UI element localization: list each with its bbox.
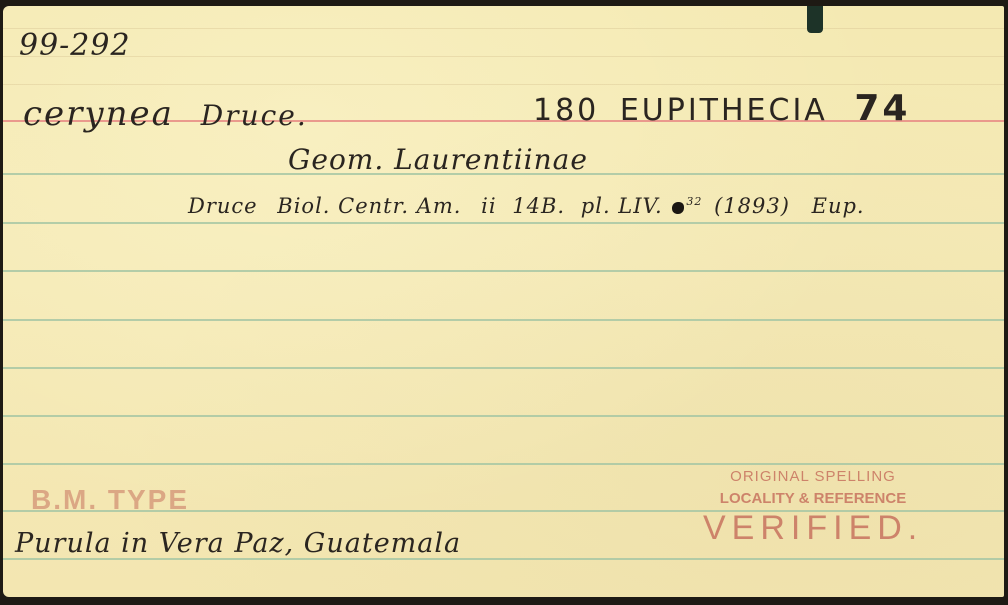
faint-rule bbox=[3, 28, 1004, 29]
family-name: Geom. Laurentiinae bbox=[288, 143, 588, 176]
reference-plate: pl. LIV. bbox=[581, 194, 663, 218]
stamp-line-spelling: ORIGINAL SPELLING bbox=[703, 468, 923, 485]
ruled-line bbox=[3, 415, 1004, 417]
reference-figure: 32 bbox=[686, 195, 702, 208]
reference-author: Druce bbox=[188, 194, 258, 218]
faint-rule bbox=[3, 84, 1004, 85]
species-author: Druce. bbox=[201, 99, 308, 132]
bm-type-stamp: B.M. TYPE bbox=[31, 484, 189, 516]
accession-number: 99-292 bbox=[19, 28, 131, 63]
stamp-line-verified: VERIFIED. bbox=[703, 509, 923, 548]
species-number: 74 bbox=[854, 88, 910, 129]
index-card: 99-292 cerynea Druce. 180 EUPITHECIA 74 … bbox=[3, 6, 1004, 597]
species-name: cerynea bbox=[23, 94, 174, 134]
reference-genus-abbrev: Eup. bbox=[812, 194, 865, 218]
genus-index: 180 EUPITHECIA 74 bbox=[533, 88, 910, 129]
ruled-line bbox=[3, 319, 1004, 321]
index-tab-mark bbox=[807, 6, 823, 33]
locality: Purula in Vera Paz, Guatemala bbox=[15, 528, 461, 559]
ink-blot bbox=[672, 202, 684, 214]
reference-year: (1893) bbox=[714, 194, 790, 218]
reference-publication: Biol. Centr. Am. bbox=[277, 194, 461, 218]
reference-line: Druce Biol. Centr. Am. ii 14B. pl. LIV. … bbox=[188, 194, 865, 218]
ruled-line bbox=[3, 367, 1004, 369]
genus-name: EUPITHECIA bbox=[620, 93, 828, 128]
genus-page-number: 180 bbox=[533, 93, 599, 128]
reference-page: 14B. bbox=[512, 194, 565, 218]
ruled-line bbox=[3, 270, 1004, 272]
reference-volume: ii bbox=[481, 194, 496, 218]
ruled-line bbox=[3, 222, 1004, 224]
faint-rule bbox=[3, 56, 1004, 57]
species-line: cerynea Druce. bbox=[23, 94, 308, 134]
stamp-line-locality: LOCALITY & REFERENCE bbox=[703, 490, 923, 507]
verification-stamp: ORIGINAL SPELLING LOCALITY & REFERENCE V… bbox=[703, 468, 923, 548]
ruled-line bbox=[3, 463, 1004, 465]
